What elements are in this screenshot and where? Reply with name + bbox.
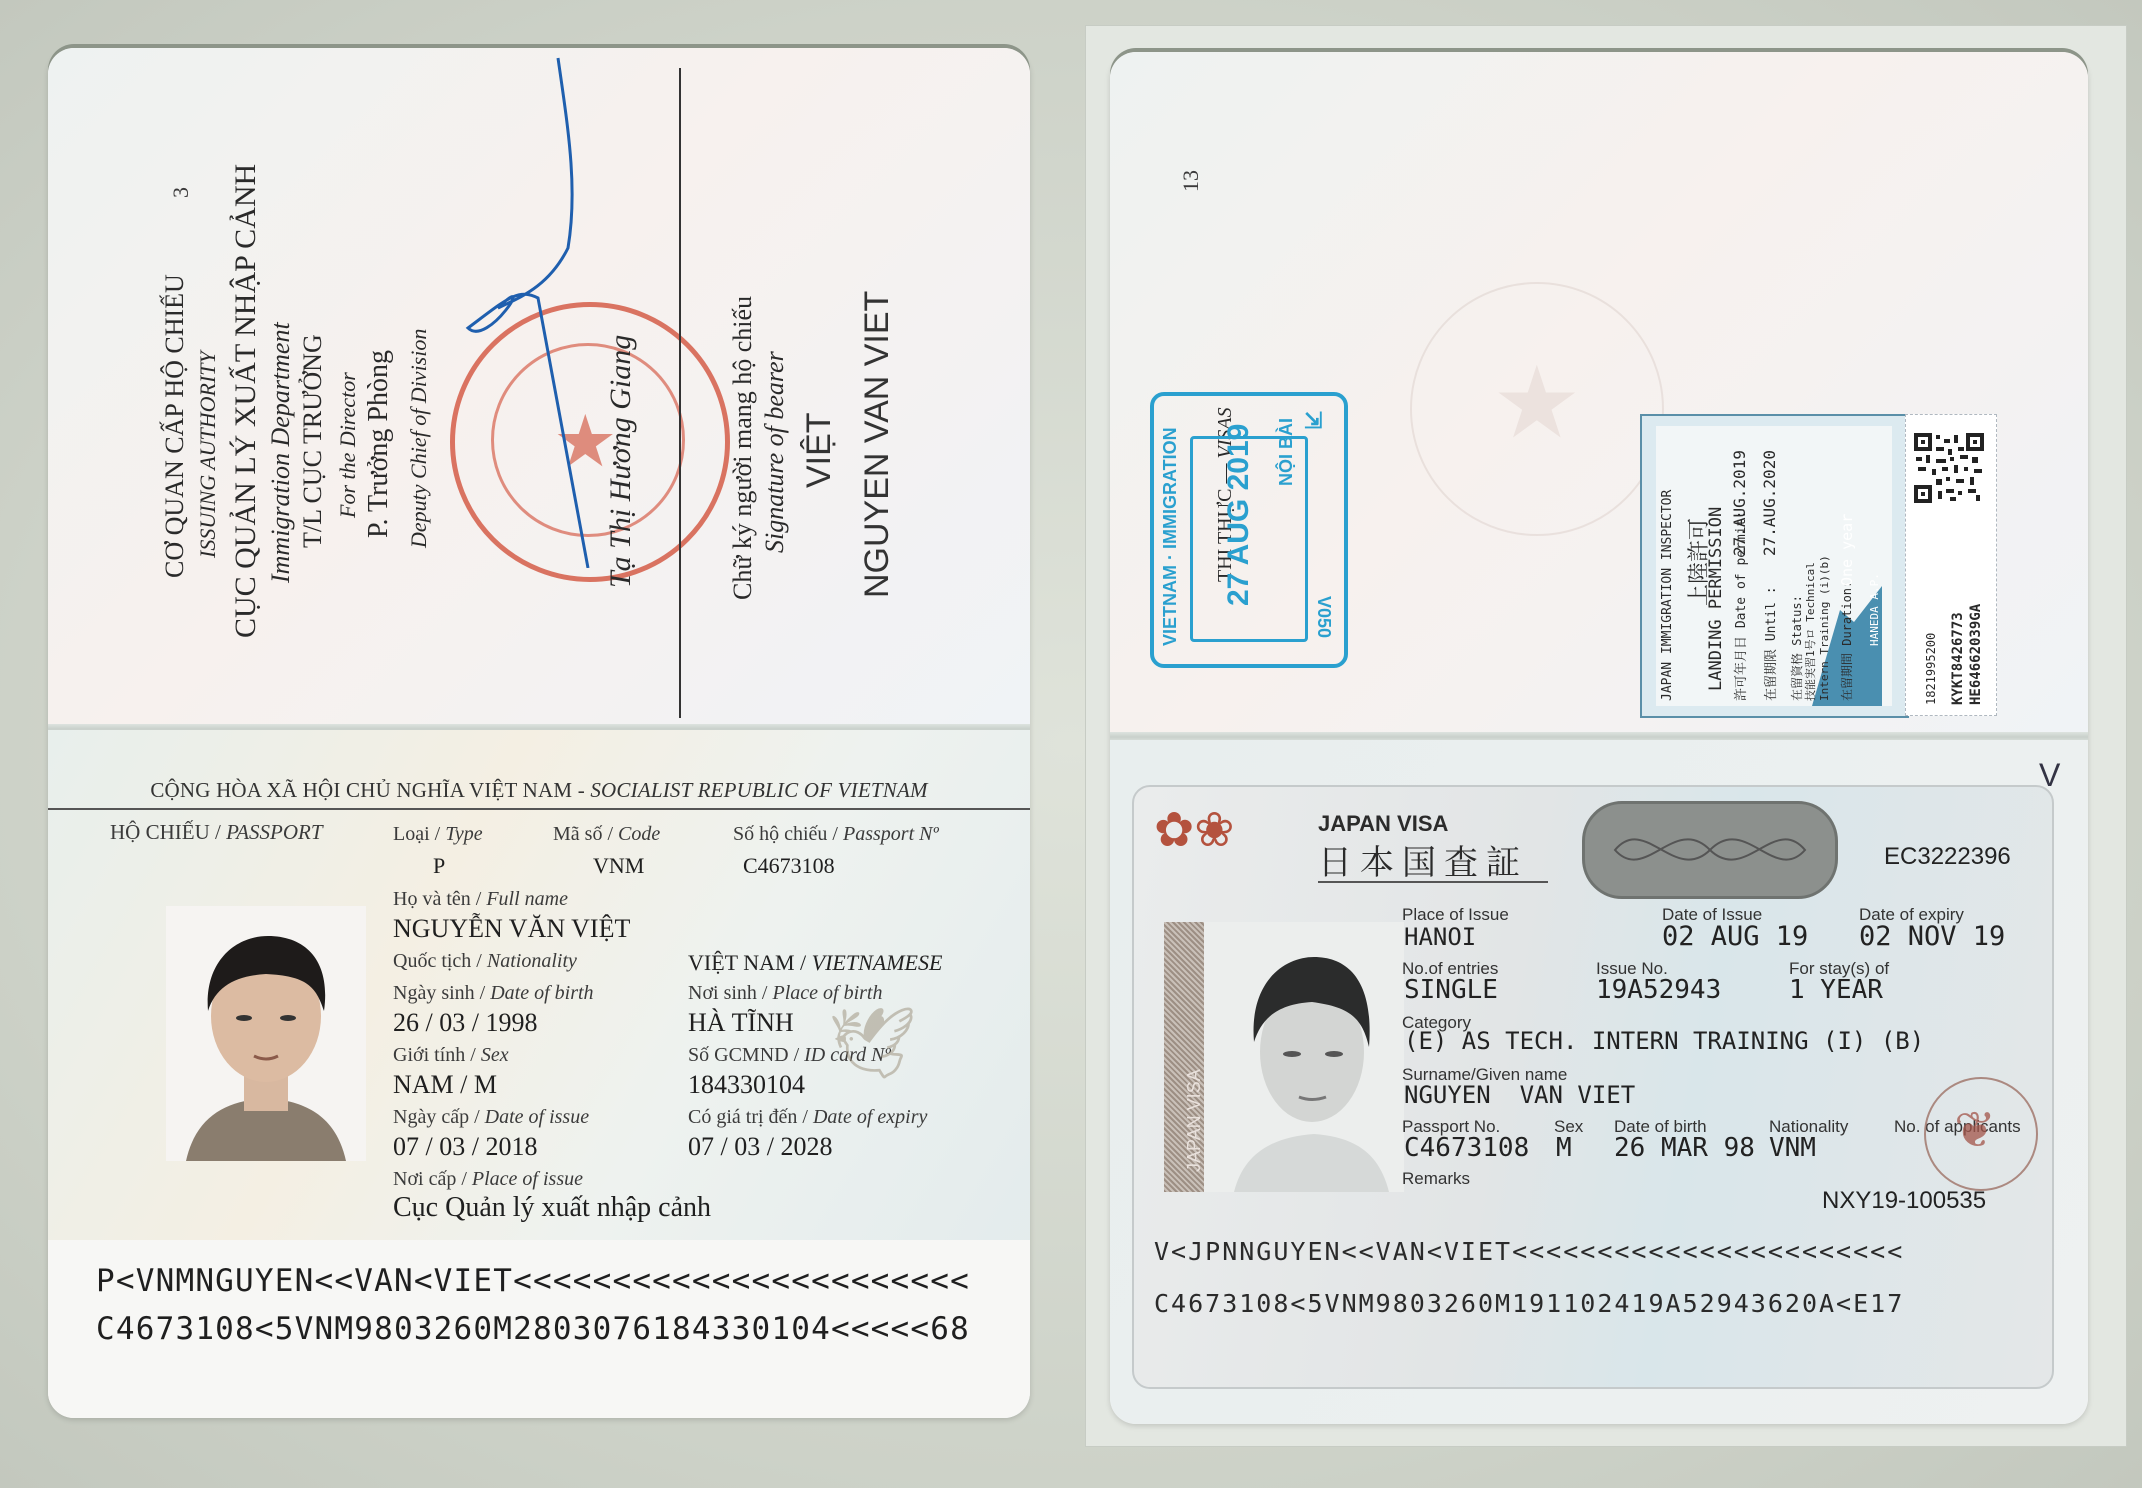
page-number: 3 — [168, 187, 194, 198]
director-vi: T/L CỤC TRƯỞNG — [298, 334, 328, 548]
passport-left-spread: 3 CƠ QUAN CẤP HỘ CHIẾU ISSUING AUTHORITY… — [48, 48, 1030, 1418]
stamp-date: 27 AUG 2019 — [1222, 424, 1256, 606]
dove-watermark-icon: 🕊 — [828, 1003, 917, 1085]
issue-date-label: Ngày cấp / Date of issue — [393, 1106, 589, 1129]
bearer-signature-label-en: Signature of bearer — [760, 351, 790, 553]
issue-number-value: 19A52943 — [1596, 975, 1721, 1005]
arrival-arrow-icon: ⇲ — [1304, 408, 1322, 434]
control-number: NXY19-100535 — [1822, 1187, 1986, 1215]
passport-number-label: Số hộ chiếu / Passport Nº — [733, 823, 939, 846]
bearer-signature-name: NGUYEN VAN VIET — [858, 291, 897, 598]
stay-value: 1 YEAR — [1789, 975, 1883, 1005]
visa-page: 13 THỊ THỰC — VISAS ★ VIETNAM · IMMIGRAT… — [1110, 52, 2088, 732]
mrz-line-1: P<VNMNGUYEN<<VAN<VIET<<<<<<<<<<<<<<<<<<<… — [96, 1263, 970, 1299]
authority-page: 3 CƠ QUAN CẤP HỘ CHIẾU ISSUING AUTHORITY… — [48, 48, 1030, 728]
permit-date-value: 27.AUG.2019 — [1730, 450, 1749, 556]
passport-number-value: C4673108 — [1404, 1133, 1529, 1163]
sex-value: M — [1556, 1133, 1572, 1163]
qr-code-icon — [1914, 433, 1984, 503]
issue-date-value: 07 / 03 / 2018 — [393, 1132, 537, 1162]
cherry-blossom-icon: ✿❀ — [1154, 807, 1234, 855]
until-label: 在留期限 Until : — [1760, 586, 1779, 701]
officer-signature — [428, 48, 628, 568]
sex-label: Giới tính / Sex — [393, 1044, 509, 1067]
stamp-port: NỘI BÀI — [1276, 418, 1297, 486]
mrz-line-2: C4673108<5VNM9803260M2803076184330104<<<… — [96, 1311, 970, 1347]
full-name-label: Họ và tên / Full name — [393, 888, 568, 911]
bearer-signature-label-vi: Chữ ký người mang hộ chiếu — [728, 296, 758, 600]
vietnam-entry-stamp: VIETNAM · IMMIGRATION 27 AUG 2019 NỘI BÀ… — [1150, 392, 1348, 668]
officer-title-vi: P. Trưởng Phòng — [364, 350, 394, 538]
visa-number: EC3222396 — [1884, 843, 2011, 871]
landing-header: JAPAN IMMIGRATION INSPECTOR — [1660, 490, 1675, 701]
bearer-signature: VIỆT — [800, 412, 839, 488]
nationality-value: VNM — [1769, 1133, 1816, 1163]
guilloche-emblem — [1582, 801, 1838, 899]
duration-value: One year — [1838, 514, 1856, 586]
remarks-label: Remarks — [1402, 1169, 1470, 1189]
pob-label: Nơi sinh / Place of birth — [688, 982, 882, 1005]
portrait-image — [1204, 922, 1404, 1192]
landing-port: HANEDA A.P. — [1868, 573, 1881, 646]
ministry-seal: ❦ — [1924, 1077, 2038, 1191]
visa-holder-photo — [1204, 922, 1404, 1192]
stamp-code: V050 — [1313, 596, 1334, 638]
department-en: Immigration Department — [266, 322, 296, 583]
dob-value: 26 / 03 / 1998 — [393, 1008, 537, 1038]
side-text: JAPAN VISA — [1184, 1069, 1205, 1172]
nationality-value: VIỆT NAM / VIETNAMESE — [688, 950, 942, 976]
holder-photo — [166, 906, 366, 1161]
visa-title-jp: 日本国査証 — [1318, 835, 1528, 884]
dob-value: 26 MAR 98 — [1614, 1133, 1755, 1163]
check-mark: V — [2039, 757, 2060, 794]
place-of-issue-label: Nơi cấp / Place of issue — [393, 1168, 583, 1191]
status-value: 技能実習1号ロ Technical Intern Training (i)(b) — [1802, 531, 1831, 701]
star-icon: ★ — [1492, 344, 1582, 461]
republic-header: CỘNG HÒA XÃ HỘI CHỦ NGHĨA VIỆT NAM - SOC… — [48, 778, 1030, 803]
duration-label: 在留期間 Duration: — [1838, 581, 1855, 701]
divider-line — [679, 68, 681, 718]
name-value: NGUYEN VAN VIET — [1404, 1081, 1635, 1109]
code-label: Mã số / Code — [553, 823, 660, 846]
place-of-issue-label: Place of Issue — [1402, 905, 1509, 925]
expiry-date-label: Có giá trị đến / Date of expiry — [688, 1106, 927, 1129]
title-underline — [1318, 881, 1548, 883]
portrait-image — [166, 906, 366, 1161]
sticker-number: 1821995200 — [1924, 633, 1938, 705]
visa-mrz-line-1: V<JPNNGUYEN<<VAN<VIET<<<<<<<<<<<<<<<<<<<… — [1154, 1237, 1904, 1266]
nationality-label: Quốc tịch / Nationality — [393, 950, 577, 973]
dob-label: Ngày sinh / Date of birth — [393, 982, 594, 1005]
knot-pattern-icon — [1585, 804, 1835, 896]
code-value: VNM — [593, 853, 644, 879]
qr-sticker: 1821995200 KYKT8426773 HE64662039GA — [1905, 414, 1997, 716]
director-en: For the Director — [333, 372, 363, 518]
expiry-date-value: 07 / 03 / 2028 — [688, 1132, 832, 1162]
category-value: (E) AS TECH. INTERN TRAINING (I) (B) — [1404, 1027, 1924, 1055]
id-card-value: 184330104 — [688, 1070, 805, 1100]
issuing-authority-vi: CƠ QUAN CẤP HỘ CHIẾU — [160, 274, 190, 578]
sticker-code-1: KYKT8426773 — [1950, 612, 1966, 705]
place-of-issue-value: Cục Quản lý xuất nhập cảnh — [393, 1192, 711, 1224]
japan-visa-sticker: ✿❀ JAPAN VISA 日本国査証 EC3222396 V JAPAN VI… — [1132, 785, 2054, 1389]
date-of-expiry-value: 02 NOV 19 — [1859, 921, 2005, 952]
emblem-watermark: ★ — [1410, 282, 1664, 536]
until-value: 27.AUG.2020 — [1760, 450, 1779, 556]
page-number: 13 — [1178, 170, 1204, 192]
landing-title-en: LANDING PERMISSION — [1706, 507, 1726, 691]
issuing-authority-en: ISSUING AUTHORITY — [193, 351, 223, 558]
stamp-authority: VIETNAM · IMMIGRATION — [1160, 427, 1181, 646]
department-vi: CỤC QUẢN LÝ XUẤT NHẬP CẢNH — [231, 164, 261, 638]
visa-mrz-line-2: C4673108<5VNM9803260M191102419A52943620A… — [1154, 1289, 1904, 1318]
landing-permission-sticker: JAPAN IMMIGRATION INSPECTOR 上陸許可 LANDING… — [1640, 414, 1909, 718]
full-name-value: NGUYỄN VĂN VIỆT — [393, 914, 630, 944]
sex-value: NAM / M — [393, 1070, 497, 1100]
date-of-issue-value: 02 AUG 19 — [1662, 921, 1808, 952]
document-type-label: HỘ CHIẾU / PASSPORT — [110, 820, 323, 845]
header-rule — [48, 808, 1030, 810]
entries-value: SINGLE — [1404, 975, 1498, 1005]
type-label: Loại / Type — [393, 823, 483, 846]
sticker-code-2: HE64662039GA — [1968, 604, 1984, 705]
paulownia-crest-icon: ❦ — [1954, 1101, 1996, 1159]
place-of-issue-value: HANOI — [1404, 923, 1476, 951]
visa-title-en: JAPAN VISA — [1318, 811, 1448, 837]
passport-number-value: C4673108 — [743, 853, 835, 879]
officer-name: Tạ Thị Hương Giang — [606, 335, 636, 588]
type-value: P — [433, 853, 445, 879]
pob-value: HÀ TĨNH — [688, 1008, 794, 1038]
